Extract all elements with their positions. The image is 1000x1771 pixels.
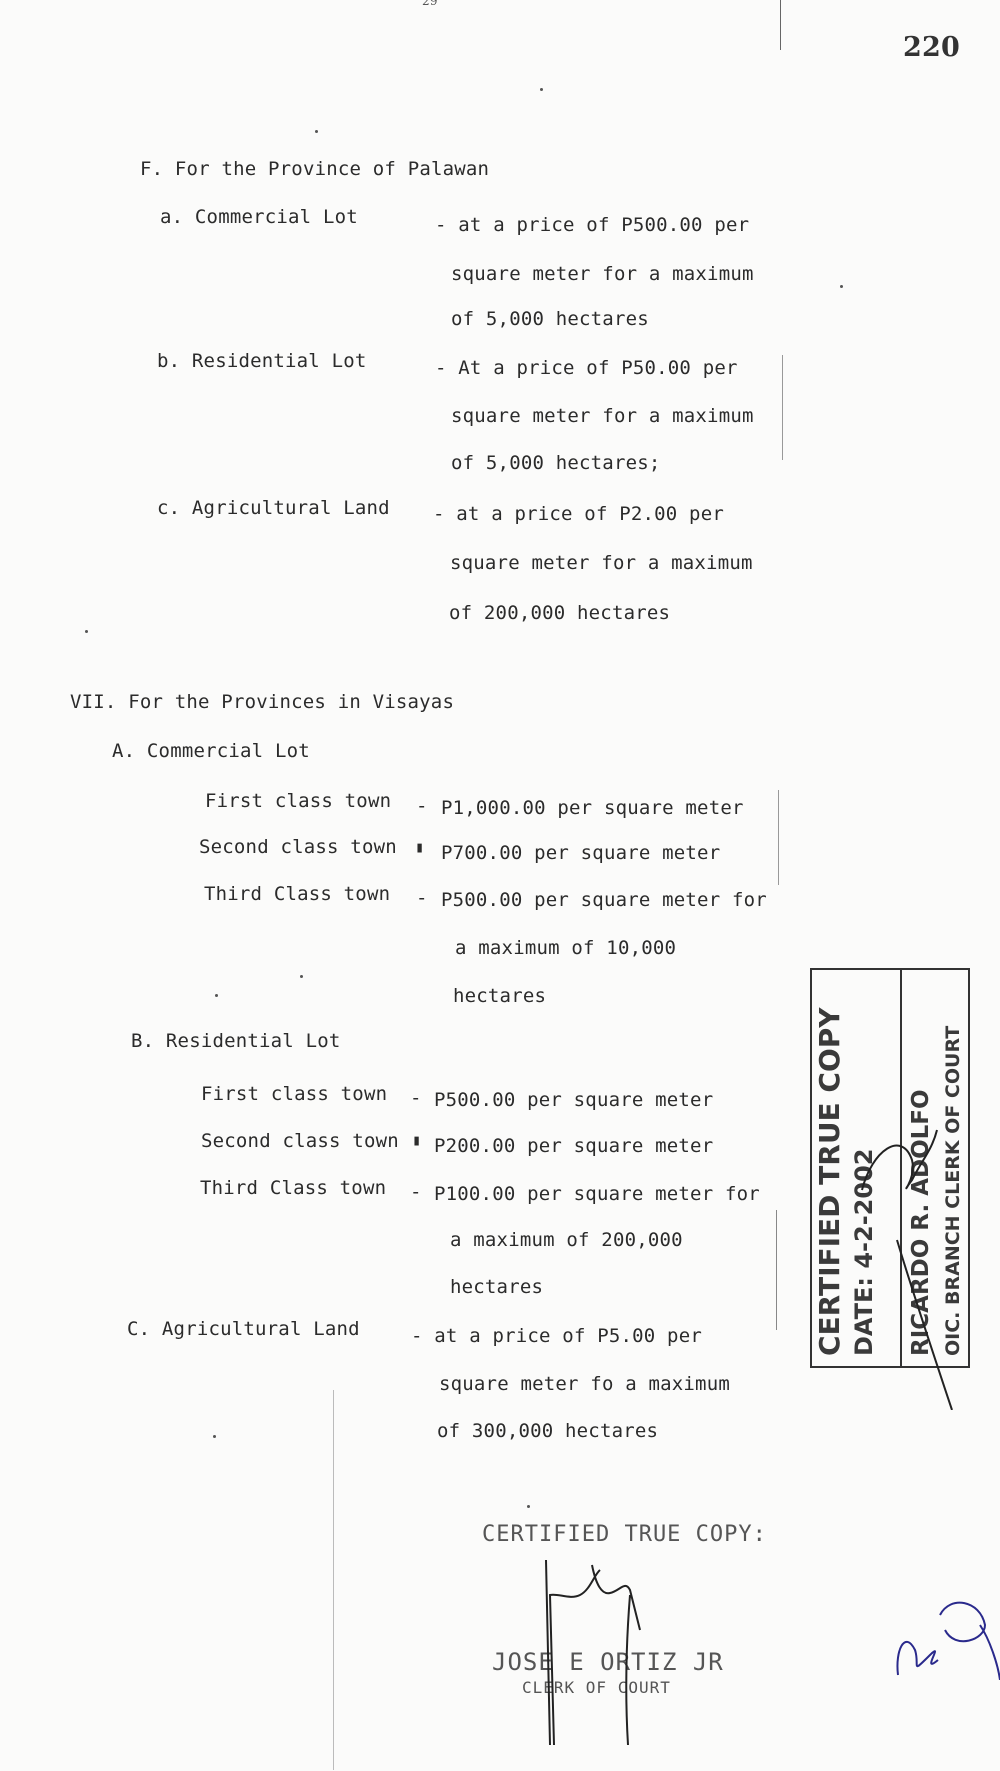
- town-price: P500.00 per square meter: [434, 1089, 713, 1111]
- item-line: - at a price of P5.00 per: [411, 1325, 702, 1347]
- item-line: of 5,000 hectares: [451, 308, 649, 330]
- section-vii-heading: VII. For the Provinces in Visayas: [70, 691, 454, 713]
- continuation-line: hectares: [450, 1276, 543, 1298]
- row-separator: ▮: [412, 1131, 421, 1149]
- clerk-signature-icon: [530, 1555, 710, 1755]
- scan-margin-line: [778, 790, 779, 885]
- item-label: C. Agricultural Land: [127, 1318, 360, 1340]
- scan-margin-line: [776, 1210, 777, 1330]
- town-class: First class town: [205, 790, 391, 812]
- item-label: c. Agricultural Land: [157, 497, 390, 519]
- certification-label: CERTIFIED TRUE COPY:: [482, 1522, 767, 1547]
- town-class: Second class town: [201, 1130, 399, 1152]
- scan-margin-line: [782, 355, 783, 460]
- continuation-line: a maximum of 200,000: [450, 1229, 683, 1251]
- item-line: square meter for a maximum: [451, 405, 754, 427]
- item-line: of 5,000 hectares;: [451, 452, 661, 474]
- item-line: square meter fo a maximum: [439, 1373, 730, 1395]
- item-line: - at a price of P2.00 per: [433, 503, 724, 525]
- town-price: P200.00 per square meter: [434, 1135, 713, 1157]
- continuation-line: a maximum of 10,000: [455, 937, 676, 959]
- stamp-signature-icon: [802, 1090, 982, 1410]
- item-line: - at a price of P500.00 per: [435, 214, 749, 236]
- scan-speckle: [300, 975, 303, 978]
- scan-speckle: [315, 130, 318, 133]
- row-separator: -: [416, 887, 428, 909]
- row-separator: -: [410, 1087, 422, 1109]
- scan-speckle: [527, 1505, 530, 1508]
- item-label: a. Commercial Lot: [160, 206, 358, 228]
- scan-fold-line: [333, 1390, 334, 1770]
- item-line: square meter for a maximum: [450, 552, 753, 574]
- town-price: P100.00 per square meter for: [434, 1183, 760, 1205]
- item-line: - At a price of P50.00 per: [435, 357, 738, 379]
- scan-speckle: [213, 1435, 216, 1438]
- item-line: of 300,000 hectares: [437, 1420, 658, 1442]
- item-label: b. Residential Lot: [157, 350, 367, 372]
- item-line: square meter for a maximum: [451, 263, 754, 285]
- scan-speckle: [215, 994, 218, 997]
- scan-speckle: [840, 285, 843, 288]
- scan-margin-line: [780, 0, 781, 50]
- town-price: P700.00 per square meter: [441, 842, 720, 864]
- town-price: P500.00 per square meter for: [441, 889, 767, 911]
- residential-lot-heading: B. Residential Lot: [131, 1030, 341, 1052]
- continuation-line: hectares: [453, 985, 546, 1007]
- row-separator: -: [410, 1181, 422, 1203]
- town-class: Third Class town: [204, 883, 390, 905]
- town-price: P1,000.00 per square meter: [441, 797, 744, 819]
- scan-speckle: [540, 88, 543, 91]
- page-number: 220: [903, 32, 960, 63]
- scan-speckle: [85, 630, 88, 633]
- row-separator: -: [416, 795, 428, 817]
- item-line: of 200,000 hectares: [449, 602, 670, 624]
- row-separator: ▮: [415, 838, 424, 856]
- top-page-fragment: 29: [422, 0, 438, 8]
- town-class: Second class town: [199, 836, 397, 858]
- town-class: Third Class town: [200, 1177, 386, 1199]
- town-class: First class town: [201, 1083, 387, 1105]
- initials-signature-icon: [890, 1580, 1000, 1680]
- commercial-lot-heading: A. Commercial Lot: [112, 740, 310, 762]
- certified-true-copy-stamp: CERTIFIED TRUE COPY DATE: 4-2-2002 RICAR…: [810, 968, 970, 1368]
- section-f-heading: F. For the Province of Palawan: [140, 158, 489, 180]
